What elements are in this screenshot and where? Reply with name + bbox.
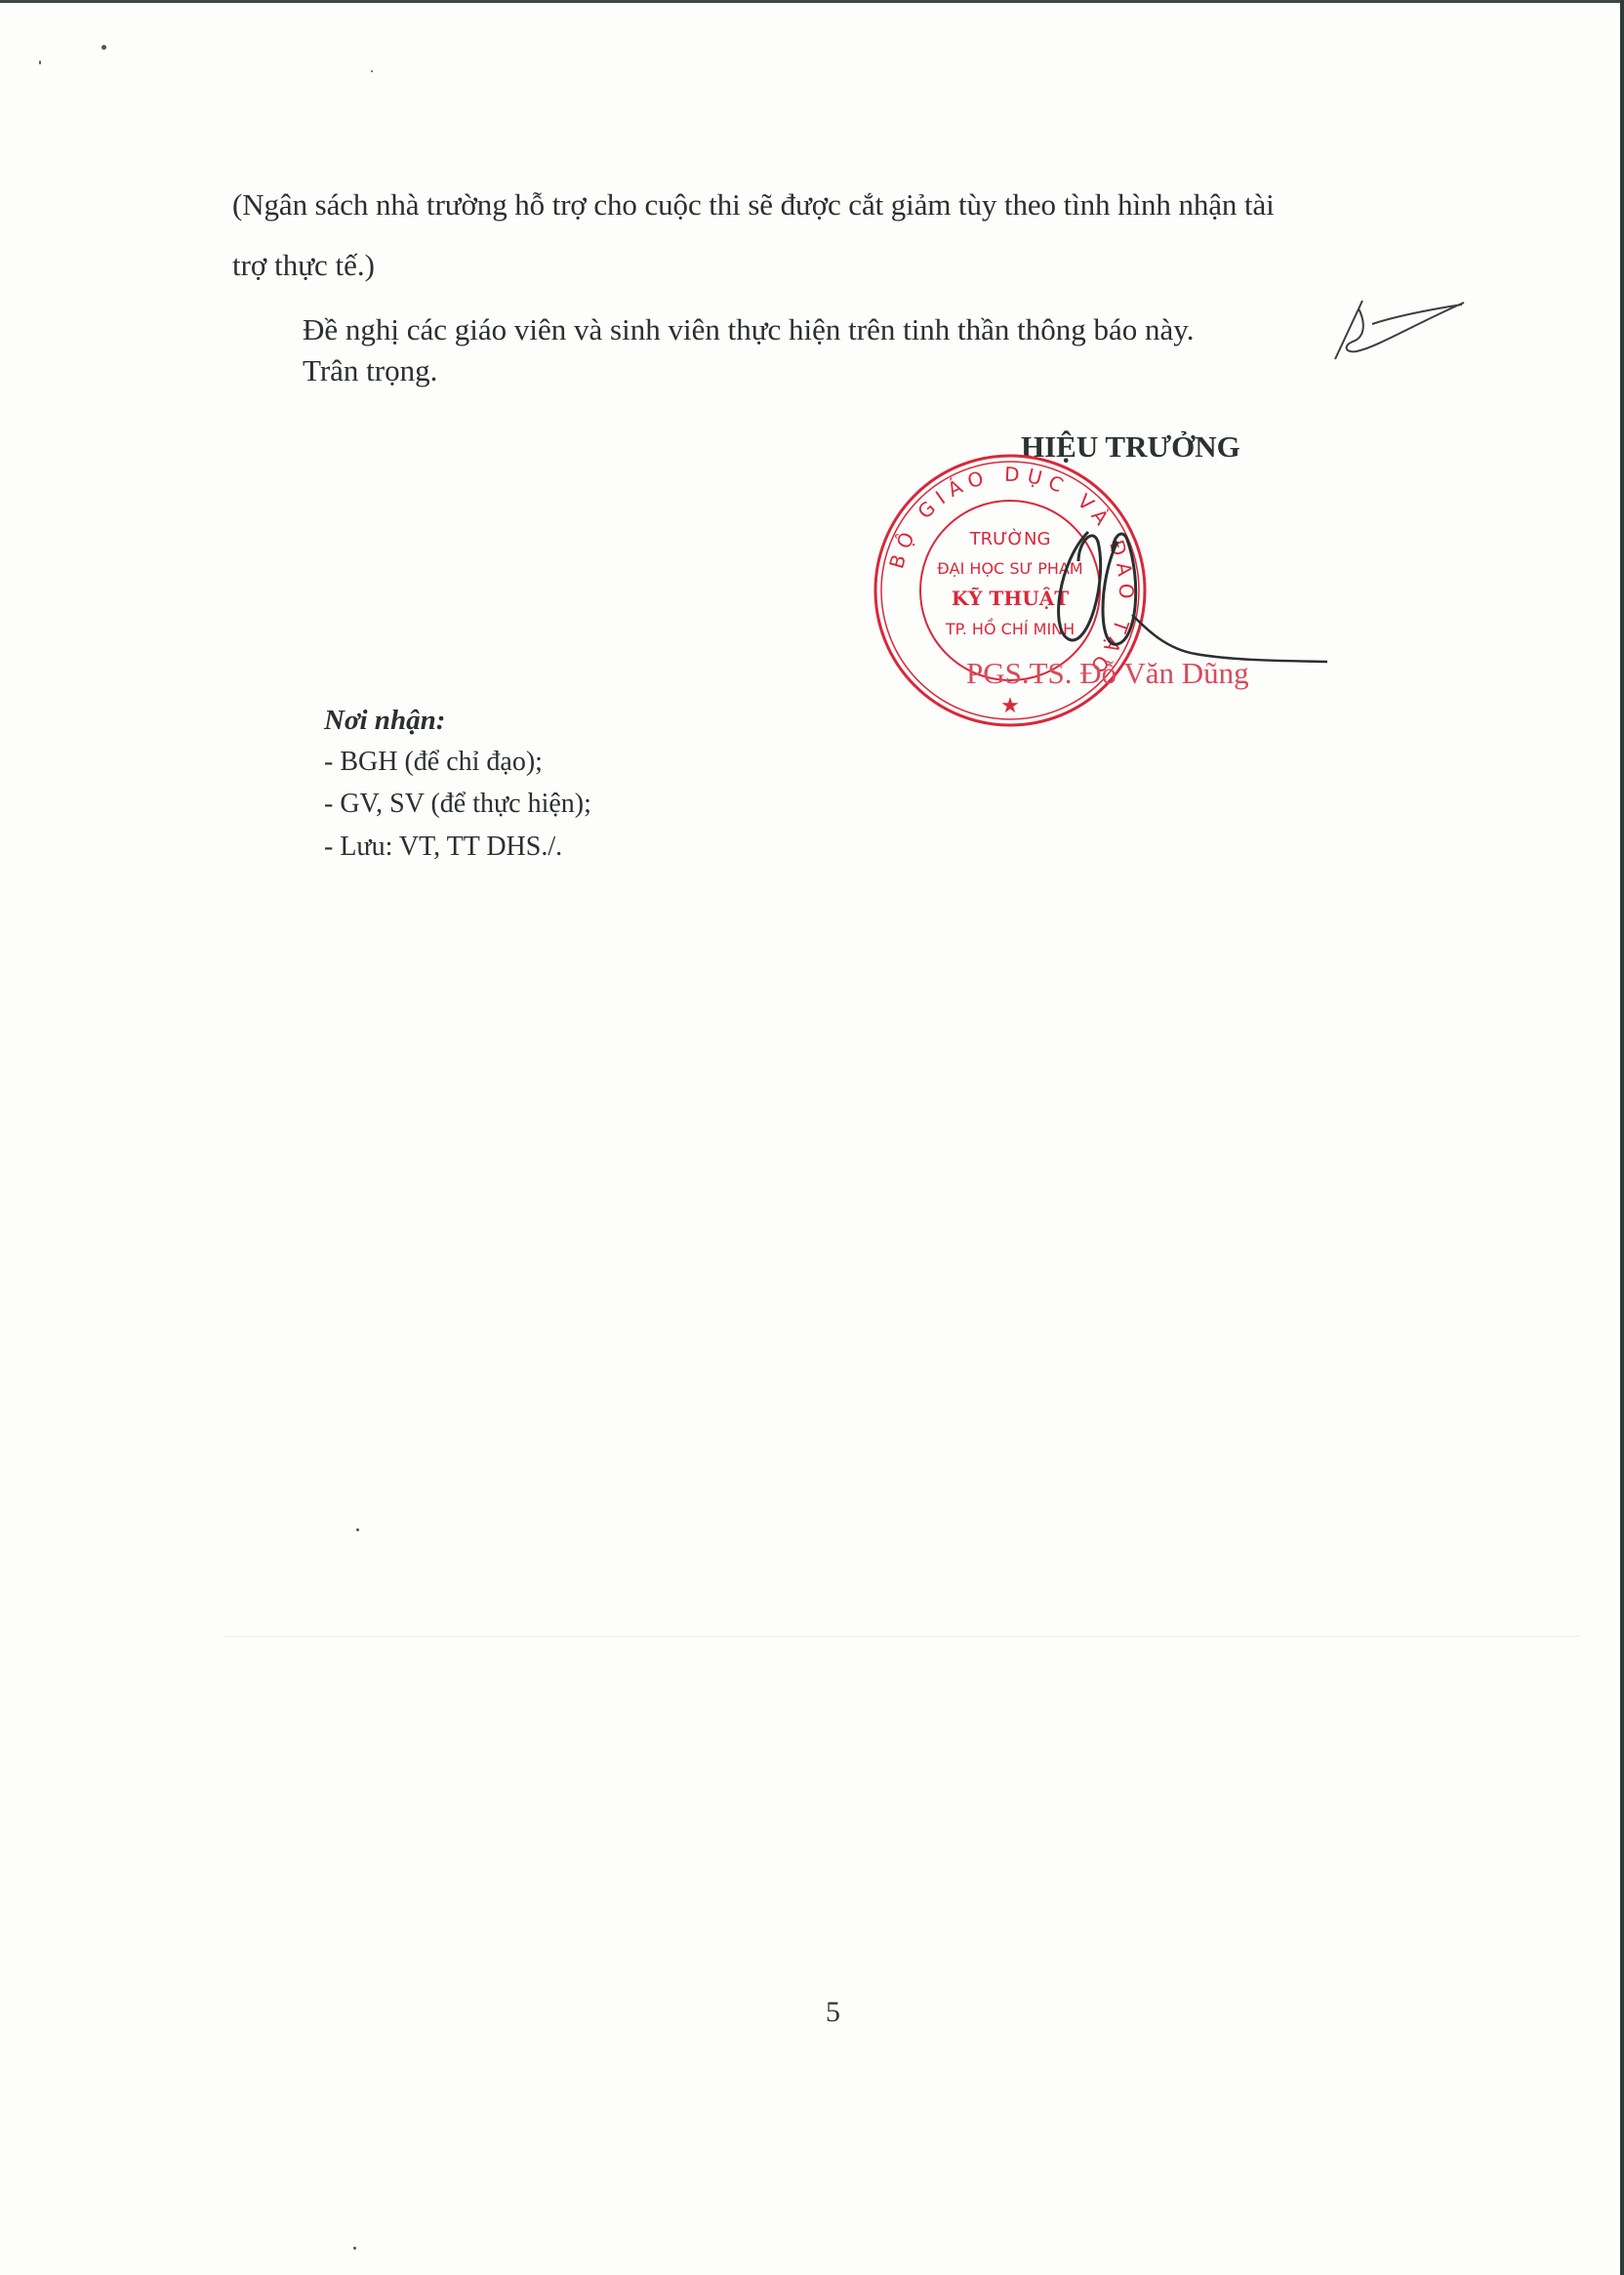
scan-speck bbox=[356, 1528, 359, 1531]
scan-speck bbox=[101, 45, 106, 50]
scan-speck bbox=[371, 70, 373, 72]
closing-regards: Trân trọng. bbox=[303, 355, 437, 386]
svg-text:TRƯỜNG: TRƯỜNG bbox=[969, 528, 1051, 549]
initials-mark-icon bbox=[1327, 295, 1474, 363]
paper-fold-line bbox=[224, 1636, 1581, 1637]
body-paragraph-budget-note: (Ngân sách nhà trường hỗ trợ cho cuộc th… bbox=[232, 189, 1275, 220]
scan-edge-top bbox=[0, 0, 1624, 3]
handwritten-signature-icon bbox=[1049, 522, 1332, 678]
scan-speck bbox=[39, 61, 41, 64]
page-number: 5 bbox=[826, 1996, 840, 2029]
recipient-item: - BGH (để chỉ đạo); bbox=[324, 747, 543, 778]
recipient-item: - GV, SV (để thực hiện); bbox=[324, 789, 591, 820]
recipients-heading: Nơi nhận: bbox=[324, 705, 445, 737]
svg-text:★: ★ bbox=[1000, 693, 1020, 717]
signer-name: PGS.TS. Đỗ Văn Dũng bbox=[966, 656, 1249, 691]
body-paragraph-budget-note-cont: trợ thực tế.) bbox=[232, 250, 375, 280]
scan-edge-right bbox=[1620, 0, 1624, 2275]
recipient-item: - Lưu: VT, TT DHS./. bbox=[324, 832, 562, 863]
scan-speck bbox=[353, 2247, 356, 2250]
body-paragraph-request: Đề nghị các giáo viên và sinh viên thực … bbox=[303, 314, 1195, 345]
